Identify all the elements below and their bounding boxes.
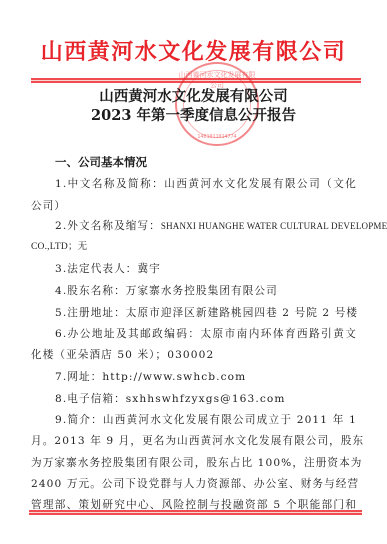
foreign-name-label: 2.外文名称及缩写： bbox=[55, 220, 161, 232]
seal-text: 山西黄河水文化发展有限公司 bbox=[177, 70, 257, 90]
foreign-name-value: SHANXI HUANGHE WATER CULTURAL DEVELOPMEN… bbox=[161, 221, 387, 231]
paragraph-line: 月。2013 年 9 月，更名为山西黄河水文化发展有限公司，股东 bbox=[31, 434, 357, 448]
paragraph-line: 3.法定代表人：冀宇 bbox=[55, 262, 161, 276]
paragraph-line: 公司） bbox=[31, 199, 66, 213]
paragraph-line: 2.外文名称及缩写：SHANXI HUANGHE WATER CULTURAL … bbox=[55, 219, 387, 233]
paragraph-line: 化楼（亚朵酒店 50 米）；030002 bbox=[31, 348, 214, 362]
paragraph-line: 为万家寨水务控股集团有限公司，股东占比 100%，注册资本为 bbox=[31, 456, 357, 470]
paragraph-line: 1.中文名称及简称：山西黄河水文化发展有限公司（文化 bbox=[55, 177, 357, 191]
email-line: 8.电子信箱：sxhhswhfzyxgs@163.com bbox=[55, 392, 285, 406]
paragraph-line: 9.简介：山西黄河水文化发展有限公司成立于 2011 年 1 bbox=[55, 413, 357, 427]
letterhead-bottom-rule bbox=[29, 510, 362, 515]
document-title-line2: 2023 年第一季度信息公开报告 bbox=[0, 107, 387, 125]
letterhead-company-name: 山西黄河水文化发展有限公司 bbox=[0, 40, 387, 66]
paragraph-line: 2400 万元。公司下设党群与人力资源部、办公室、财务与经营 bbox=[31, 477, 357, 491]
paragraph-line: 5.注册地址：太原市迎泽区新建路桃园四巷 2 号院 2 号楼 bbox=[55, 306, 357, 320]
seal-code: 1401011014774 bbox=[177, 134, 257, 140]
website-line: 7.网址：http://www.swhcb.com bbox=[55, 370, 246, 384]
paragraph-line: 6.办公地址及其邮政编码：太原市南内环体育西路引黄文 bbox=[55, 327, 357, 341]
paragraph-line: CO.,LTD；无 bbox=[31, 240, 87, 254]
section-heading: 一、公司基本情况 bbox=[55, 154, 147, 170]
document-title-line1: 山西黄河水文化发展有限公司 bbox=[0, 88, 387, 106]
paragraph-line: 4.股东名称：万家寨水务控股集团有限公司 bbox=[55, 284, 278, 298]
